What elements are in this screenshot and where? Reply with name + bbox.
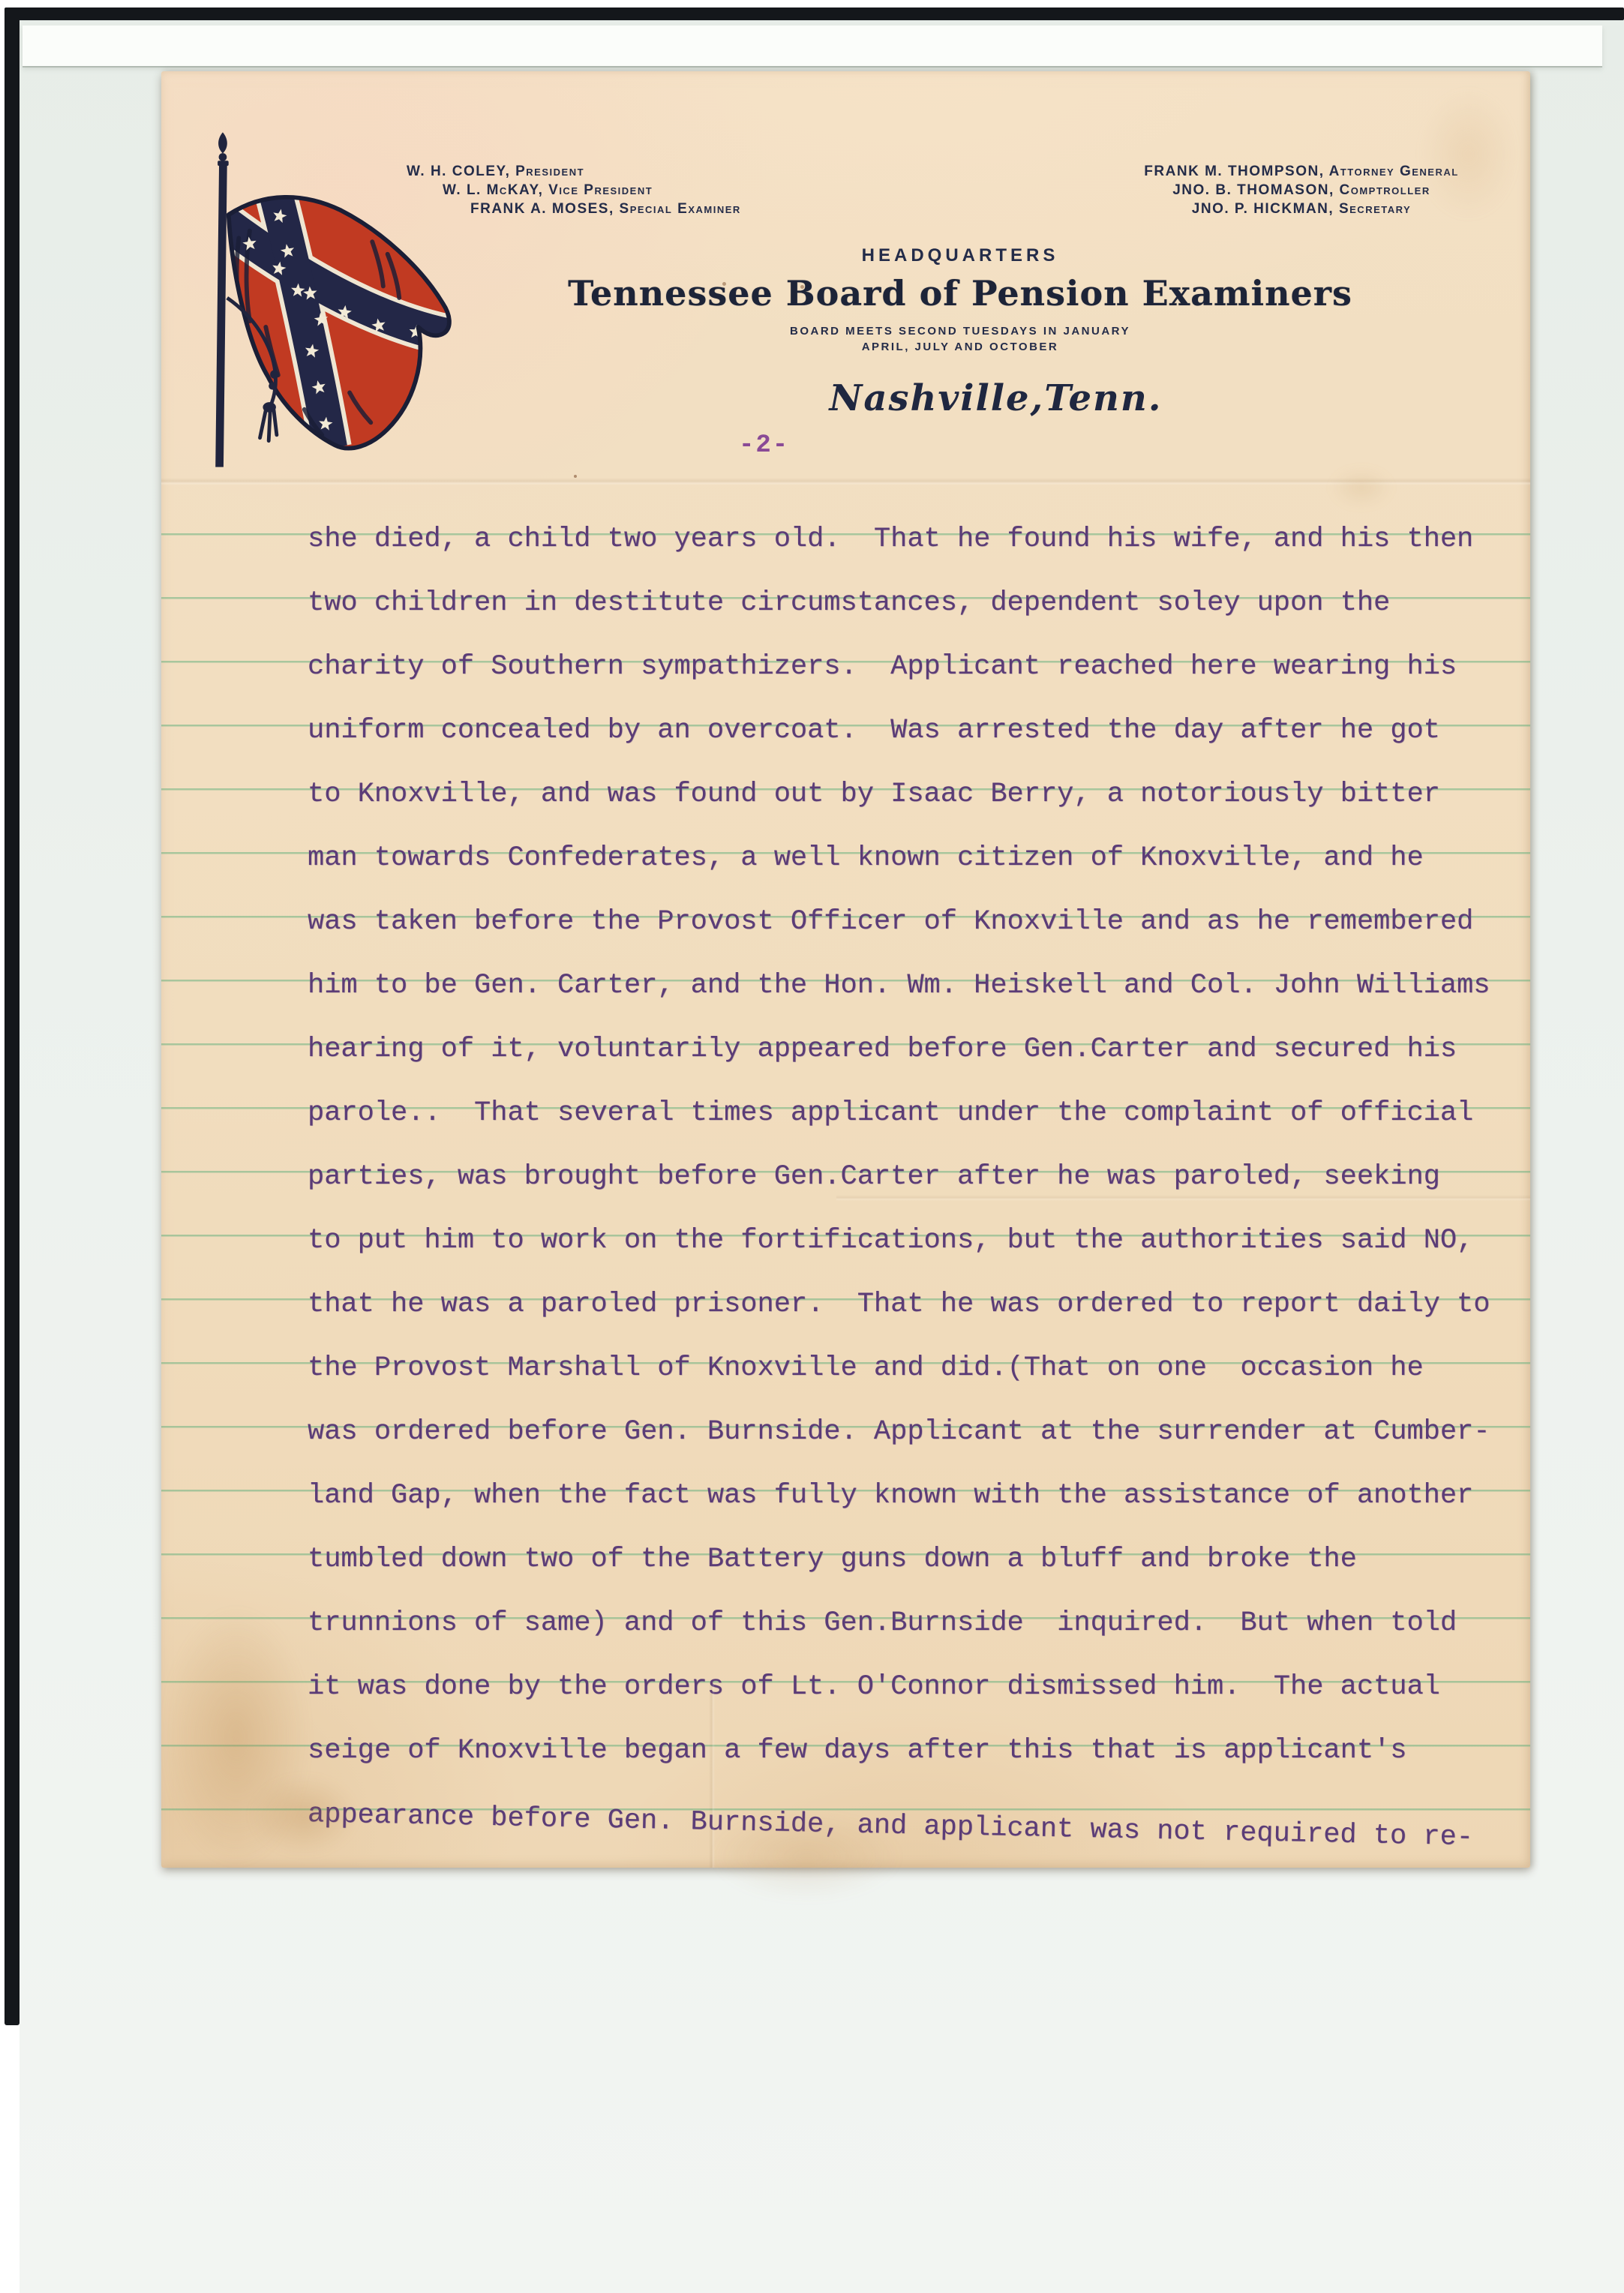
typed-line: that he was a paroled prisoner. That he … — [308, 1289, 1490, 1319]
typed-line: parties, was brought before Gen.Carter a… — [308, 1162, 1440, 1192]
typed-line: she died, a child two years old. That he… — [308, 524, 1473, 554]
scanner-frame-left — [5, 8, 20, 2025]
typed-line: him to be Gen. Carter, and the Hon. Wm. … — [308, 971, 1490, 1001]
scanner-frame-top — [5, 8, 1624, 20]
city-line: Nashville,Tenn. — [514, 377, 1478, 419]
typed-line: to put him to work on the fortifications… — [308, 1226, 1473, 1256]
typed-line: was taken before the Provost Officer of … — [308, 907, 1473, 937]
typed-line: two children in destitute circumstances,… — [308, 588, 1390, 618]
stain-mark — [1320, 461, 1403, 514]
officer-name: W. L. McKAY, Vice President — [443, 181, 741, 200]
paper-crease — [836, 1195, 1530, 1201]
typed-line: seige of Knoxville began a few days afte… — [308, 1736, 1406, 1766]
typed-line: land Gap, when the fact was fully known … — [308, 1481, 1473, 1511]
stain-mark — [1406, 71, 1530, 236]
typed-line: charity of Southern sympathizers. Applic… — [308, 652, 1457, 682]
paper-speck — [574, 475, 577, 478]
flag-cloth — [224, 197, 450, 449]
meeting-schedule-line: APRIL, JULY AND OCTOBER — [443, 341, 1478, 353]
paper-speck — [800, 285, 804, 289]
organization-name: Tennessee Board of Pension Examiners — [443, 273, 1478, 314]
backing-sheet-edge — [23, 26, 1602, 66]
headquarters-label: HEADQUARTERS — [443, 245, 1478, 266]
officer-name: W. H. COLEY, President — [407, 162, 741, 181]
officers-left-block: W. H. COLEY, President W. L. McKAY, Vice… — [407, 162, 741, 218]
letterhead-center-block: HEADQUARTERS Tennessee Board of Pension … — [443, 245, 1478, 419]
typed-line: uniform concealed by an overcoat. Was ar… — [308, 716, 1440, 746]
paper-speck — [722, 282, 726, 286]
stain-mark — [679, 1796, 934, 1916]
typed-line: was ordered before Gen. Burnside. Applic… — [308, 1417, 1490, 1447]
typed-line: man towards Confederates, a well known c… — [308, 843, 1424, 873]
meeting-schedule-line: BOARD MEETS SECOND TUESDAYS IN JANUARY — [443, 325, 1478, 338]
typed-line: trunnions of same) and of this Gen.Burns… — [308, 1608, 1457, 1638]
stain-mark — [233, 1763, 375, 1868]
typed-line: tumbled down two of the Battery guns dow… — [308, 1544, 1357, 1574]
typed-line: it was done by the orders of Lt. O'Conno… — [308, 1672, 1440, 1702]
typed-line: parole.. That several times applicant un… — [308, 1098, 1473, 1128]
letter-page: W. H. COLEY, President W. L. McKAY, Vice… — [161, 71, 1530, 1868]
page-number: -2- — [739, 431, 789, 460]
typed-line: to Knoxville, and was found out by Isaac… — [308, 779, 1440, 809]
typed-line: the Provost Marshall of Knoxville and di… — [308, 1353, 1424, 1383]
typed-line: hearing of it, voluntarily appeared befo… — [308, 1034, 1457, 1064]
officer-name: FRANK A. MOSES, Special Examiner — [470, 200, 741, 218]
